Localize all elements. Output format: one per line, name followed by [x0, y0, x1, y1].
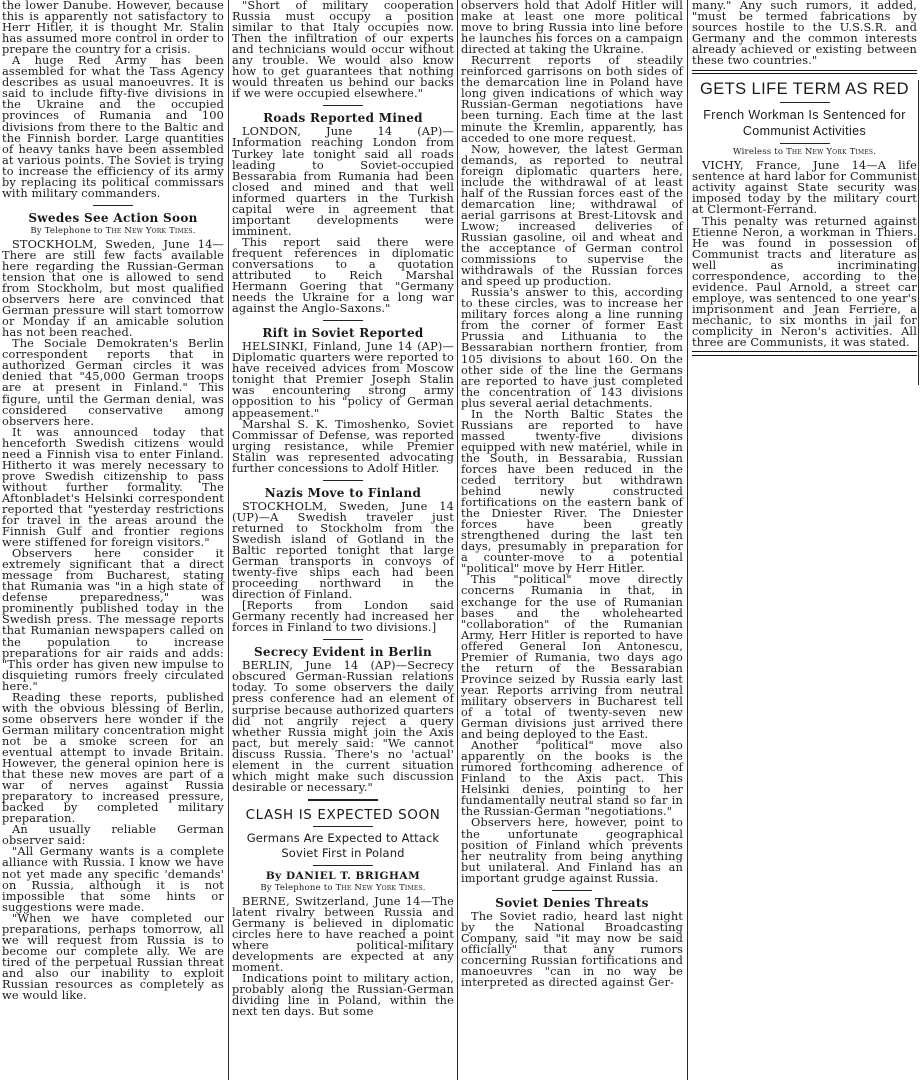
column-2: "Short of military cooperation Russia mu… [232, 0, 454, 1017]
divider [308, 799, 378, 801]
byline: By DANIEL T. BRIGHAM [232, 869, 454, 883]
column-rule [918, 80, 919, 385]
paragraph: [Reports from London said Germany recent… [232, 600, 454, 633]
paragraph: Russia's answer to this, according to th… [461, 287, 683, 409]
headline-swedes: Swedes See Action Soon [2, 211, 224, 225]
paragraph: Marshal S. K. Timoshenko, Soviet Commiss… [232, 419, 454, 474]
paragraph: In the North Baltic States the Russians … [461, 409, 683, 575]
paragraph: HELSINKI, Finland, June 14 (AP)—Diplomat… [232, 341, 454, 418]
paragraph: An usually reliable German observer said… [2, 824, 224, 846]
divider [323, 480, 363, 481]
section-end-rule [692, 351, 917, 356]
wire-credit: By Telephone to The New York Times. [2, 226, 224, 237]
divider [313, 826, 373, 827]
divider [323, 320, 363, 321]
paragraph: It was announced today that henceforth S… [2, 427, 224, 549]
headline-nazis: Nazis Move to Finland [232, 486, 454, 500]
paragraph: Now, however, the latest German demands,… [461, 144, 683, 288]
column-rule [457, 0, 458, 1080]
column-1: the lower Danube. However, because this … [2, 0, 224, 1001]
paragraph: many." Any such rumors, it added, "must … [692, 0, 917, 66]
headline-secrecy: Secrecy Evident in Berlin [232, 645, 454, 659]
divider [313, 865, 373, 866]
divider [780, 143, 830, 144]
paragraph: BERLIN, June 14 (AP)—Secrecy obscured Ge… [232, 660, 454, 793]
wire-credit: By Telephone to The New York Times. [232, 883, 454, 894]
paragraph: LONDON, June 14 (AP)—Information reachin… [232, 126, 454, 236]
paragraph: observers hold that Adolf Hitler will ma… [461, 0, 683, 55]
paragraph: VICHY, France, June 14—A life sentence a… [692, 160, 917, 215]
paragraph: the lower Danube. However, because this … [2, 0, 224, 55]
divider [552, 890, 592, 891]
paragraph: STOCKHOLM, Sweden, June 14 (UP)—A Swedis… [232, 501, 454, 600]
paragraph: This report said there were frequent ref… [232, 237, 454, 314]
wire-credit: Wireless to The New York Times. [692, 147, 917, 158]
paragraph: "When we have completed our preparations… [2, 913, 224, 1001]
divider [93, 205, 133, 206]
paragraph: "All Germany wants is a complete allianc… [2, 846, 224, 912]
paragraph: Reading these reports, published with th… [2, 692, 224, 825]
column-rule [228, 0, 229, 1080]
paragraph: The Soviet radio, heard last night by th… [461, 911, 683, 988]
paragraph: Observers here consider it extremely sig… [2, 548, 224, 692]
paragraph: STOCKHOLM, Sweden, June 14—There are sti… [2, 239, 224, 338]
divider [323, 639, 363, 640]
section-rule [692, 70, 917, 74]
headline-roads: Roads Reported Mined [232, 111, 454, 125]
divider [323, 105, 363, 106]
paragraph: This "political" move directly concerns … [461, 574, 683, 740]
subhead-clash: Germans Are Expected to Attack Soviet Fi… [232, 831, 454, 861]
column-4: many." Any such rumors, it added, "must … [692, 0, 917, 356]
column-3: observers hold that Adolf Hitler will ma… [461, 0, 683, 988]
column-rule [687, 0, 688, 1080]
paragraph: Recurrent reports of steadily reinforced… [461, 55, 683, 143]
paragraph: Indications point to military action, pr… [232, 973, 454, 1017]
headline-life-term: GETS LIFE TERM AS RED [692, 78, 917, 100]
paragraph: A huge Red Army has been assembled for w… [2, 55, 224, 199]
headline-clash: CLASH IS EXPECTED SOON [232, 806, 454, 824]
paragraph: "Short of military cooperation Russia mu… [232, 0, 454, 99]
paragraph: Another "political" move also apparently… [461, 740, 683, 817]
paragraph: Observers here, however, point to the un… [461, 817, 683, 883]
paragraph: The Sociale Demokraten's Berlin correspo… [2, 338, 224, 426]
divider [780, 102, 830, 103]
subhead-life-term: French Workman Is Sentenced for Communis… [692, 107, 917, 139]
paragraph: BERNE, Switzerland, June 14—The latent r… [232, 896, 454, 973]
headline-soviet: Soviet Denies Threats [461, 896, 683, 910]
paragraph: This penalty was returned against Etienn… [692, 216, 917, 349]
headline-rift: Rift in Soviet Reported [232, 326, 454, 340]
